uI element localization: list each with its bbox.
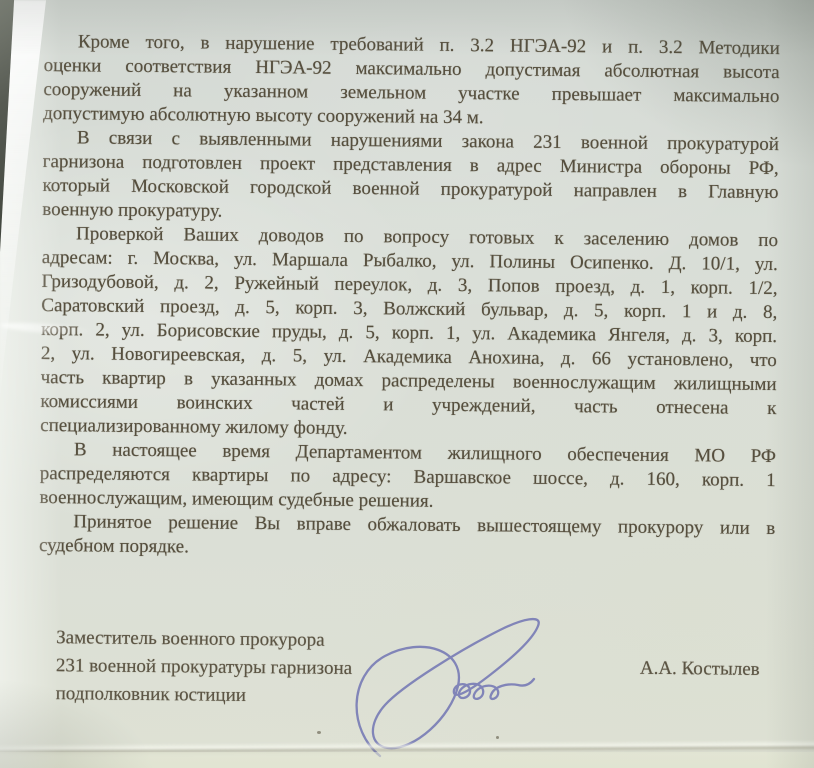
- paragraph-2: В связи с выявленными нарушениями закона…: [42, 126, 779, 229]
- paragraph-4: В настоящее время Департаментом жилищног…: [39, 438, 776, 517]
- ink-speck: [317, 731, 321, 734]
- ink-speck: [496, 736, 499, 739]
- scanned-letter-photo: Кроме того, в нарушение требований п. 3.…: [0, 0, 814, 768]
- signer-position-line: Заместитель военного прокурора: [56, 624, 486, 656]
- signature-block: Заместитель военного прокурора 231 военн…: [55, 624, 486, 712]
- letter-body: Кроме того, в нарушение требований п. 3.…: [39, 30, 780, 565]
- paragraph-1: Кроме того, в нарушение требований п. 3.…: [43, 30, 780, 133]
- paragraph-3: Проверкой Ваших доводов по вопросу готов…: [40, 222, 778, 445]
- signer-position-line: 231 военной прокуратуры гарнизона: [56, 652, 486, 684]
- paragraph-5: Принятое решение Вы вправе обжаловать вы…: [39, 510, 775, 565]
- paper-below-fold-shade: [0, 752, 814, 768]
- signer-position-line: подполковник юстиции: [55, 680, 485, 712]
- signer-name: А.А. Костылев: [640, 656, 810, 684]
